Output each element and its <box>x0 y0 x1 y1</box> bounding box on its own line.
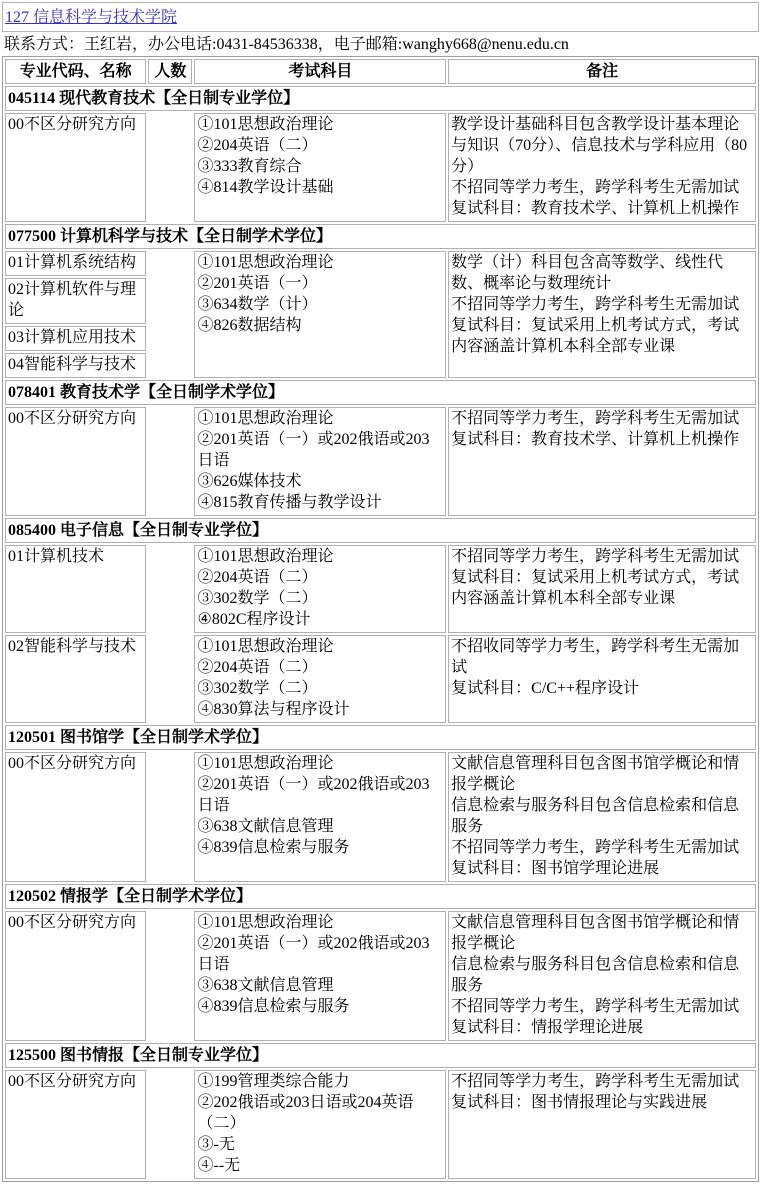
subject-line: ④830算法与程序设计 <box>197 699 443 720</box>
section-title: 078401 教育技术学【全日制学术学位】 <box>5 380 756 405</box>
remarks-cell: 不招同等学力考生，跨学科考生无需加试 复试科目：教育技术学、计算机上机操作 <box>448 407 756 516</box>
section-title: 045114 现代教育技术【全日制专业学位】 <box>5 86 756 111</box>
section-title: 077500 计算机科学与技术【全日制学术学位】 <box>5 224 756 249</box>
table-row: 00不区分研究方向 ①101思想政治理论 ②201英语（一）或202俄语或203… <box>5 911 756 1041</box>
subject-line: ④826数据结构 <box>197 315 443 336</box>
count-cell <box>148 407 192 516</box>
college-header-row: 127 信息科学与技术学院 <box>2 2 759 32</box>
contact-line: 联系方式：王红岩，办公电话:0431-84536338，电子邮箱:wanghy6… <box>2 32 759 56</box>
count-cell <box>148 278 192 324</box>
remarks-cell: 文献信息管理科目包含图书馆学概论和情报学概论 信息检索与服务科目包含信息检索和信… <box>448 752 756 882</box>
direction-cell: 00不区分研究方向 <box>5 1070 146 1179</box>
subject-line: ②204英语（二） <box>197 135 443 156</box>
remark-line: 信息检索与服务科目包含信息检索和信息服务 <box>451 795 753 837</box>
remark-line: 数学（计）科目包含高等数学、线性代数、概率论与数理统计 <box>451 252 753 294</box>
direction-cell: 00不区分研究方向 <box>5 113 146 222</box>
count-cell <box>148 752 192 882</box>
count-cell <box>148 911 192 1041</box>
remarks-cell: 文献信息管理科目包含图书馆学概论和情报学概论 信息检索与服务科目包含信息检索和信… <box>448 911 756 1041</box>
count-cell <box>148 353 192 378</box>
remarks-cell: 不招同等学力考生，跨学科考生无需加试 复试科目：复试采用上机考试方式，考试内容涵… <box>448 545 756 633</box>
subject-line: ①101思想政治理论 <box>197 753 443 774</box>
subject-line: ③634数学（计） <box>197 294 443 315</box>
program-table: 专业代码、名称 人数 考试科目 备注 045114 现代教育技术【全日制专业学位… <box>2 56 759 1182</box>
direction-cell: 00不区分研究方向 <box>5 911 146 1041</box>
table-row: 00不区分研究方向 ①101思想政治理论 ②204英语（二） ③333教育综合 … <box>5 113 756 222</box>
count-cell <box>148 113 192 222</box>
remark-line: 文献信息管理科目包含图书馆学概论和情报学概论 <box>451 753 753 795</box>
subject-line: ③638文献信息管理 <box>197 975 443 996</box>
column-header-exam-subjects: 考试科目 <box>194 59 446 84</box>
table-row: 00不区分研究方向 ①101思想政治理论 ②201英语（一）或202俄语或203… <box>5 407 756 516</box>
subject-line: ④839信息检索与服务 <box>197 996 443 1017</box>
section-title-row: 077500 计算机科学与技术【全日制学术学位】 <box>5 224 756 249</box>
remark-line: 复试科目：图书情报理论与实践进展 <box>451 1092 753 1113</box>
subject-line: ③302数学（二） <box>197 588 443 609</box>
college-link[interactable]: 127 信息科学与技术学院 <box>5 9 177 26</box>
subject-line: ③333教育综合 <box>197 156 443 177</box>
remark-line: 不招同等学力考生，跨学科考生无需加试 <box>451 996 753 1017</box>
table-row: 02智能科学与技术 ①101思想政治理论 ②204英语（二） ③302数学（二）… <box>5 635 756 723</box>
table-header-row: 专业代码、名称 人数 考试科目 备注 <box>5 59 756 84</box>
subject-line: ④839信息检索与服务 <box>197 837 443 858</box>
subjects-cell: ①101思想政治理论 ②201英语（一）或202俄语或203日语 ③626媒体技… <box>194 407 446 516</box>
direction-cell: 02智能科学与技术 <box>5 635 146 723</box>
column-header-count: 人数 <box>148 59 192 84</box>
section-title: 085400 电子信息【全日制专业学位】 <box>5 518 756 543</box>
section-title-row: 085400 电子信息【全日制专业学位】 <box>5 518 756 543</box>
subject-line: ③638文献信息管理 <box>197 816 443 837</box>
subject-line: ①101思想政治理论 <box>197 114 443 135</box>
section-title: 120502 情报学【全日制学术学位】 <box>5 884 756 909</box>
count-cell <box>148 1070 192 1179</box>
subject-line: ③626媒体技术 <box>197 471 443 492</box>
remark-line: 复试科目：情报学理论进展 <box>451 1017 753 1038</box>
section-title: 120501 图书馆学【全日制学术学位】 <box>5 725 756 750</box>
remark-line: 不招同等学力考生，跨学科考生无需加试 <box>451 546 753 567</box>
subject-line: ④815教育传播与教学设计 <box>197 492 443 513</box>
section-title-row: 078401 教育技术学【全日制学术学位】 <box>5 380 756 405</box>
section-title-row: 120501 图书馆学【全日制学术学位】 <box>5 725 756 750</box>
subject-line: ①101思想政治理论 <box>197 252 443 273</box>
remark-line: 复试科目：C/C++程序设计 <box>451 678 753 699</box>
remarks-cell: 不招同等学力考生，跨学科考生无需加试 复试科目：图书情报理论与实践进展 <box>448 1070 756 1179</box>
subjects-cell: ①101思想政治理论 ②201英语（一）或202俄语或203日语 ③638文献信… <box>194 911 446 1041</box>
subjects-cell: ①101思想政治理论 ②201英语（一）或202俄语或203日语 ③638文献信… <box>194 752 446 882</box>
count-cell <box>148 251 192 276</box>
subject-line: ②201英语（一） <box>197 273 443 294</box>
section-title-row: 120502 情报学【全日制学术学位】 <box>5 884 756 909</box>
subjects-cell: ①199管理类综合能力 ②202俄语或203日语或204英语（二） ③-无 ④-… <box>194 1070 446 1179</box>
remarks-cell: 不招收同等学力考生，跨学科考生无需加试 复试科目：C/C++程序设计 <box>448 635 756 723</box>
section-title-row: 045114 现代教育技术【全日制专业学位】 <box>5 86 756 111</box>
count-cell <box>148 545 192 633</box>
remark-line: 不招同等学力考生，跨学科考生无需加试 <box>451 408 753 429</box>
count-cell <box>148 326 192 351</box>
remark-line: 不招同等学力考生，跨学科考生无需加试 <box>451 837 753 858</box>
remark-line: 信息检索与服务科目包含信息检索和信息服务 <box>451 954 753 996</box>
direction-cell: 00不区分研究方向 <box>5 407 146 516</box>
subject-line: ②202俄语或203日语或204英语（二） <box>197 1092 443 1134</box>
table-row: 01计算机技术 ①101思想政治理论 ②204英语（二） ③302数学（二） ④… <box>5 545 756 633</box>
subject-line: ②201英语（一）或202俄语或203日语 <box>197 774 443 816</box>
remark-line: 不招同等学力考生，跨学科考生无需加试 <box>451 1071 753 1092</box>
direction-cell: 00不区分研究方向 <box>5 752 146 882</box>
count-cell <box>148 635 192 723</box>
subject-line: ④--无 <box>197 1155 443 1176</box>
remark-line: 文献信息管理科目包含图书馆学概论和情报学概论 <box>451 912 753 954</box>
subject-line: ②204英语（二） <box>197 657 443 678</box>
subject-line: ①101思想政治理论 <box>197 912 443 933</box>
table-row: 00不区分研究方向 ①101思想政治理论 ②201英语（一）或202俄语或203… <box>5 752 756 882</box>
subject-line: ④802C程序设计 <box>197 609 443 630</box>
subject-line: ③302数学（二） <box>197 678 443 699</box>
subject-line: ④814教学设计基础 <box>197 177 443 198</box>
subjects-cell: ①101思想政治理论 ②204英语（二） ③302数学（二） ④802C程序设计 <box>194 545 446 633</box>
subjects-cell: ①101思想政治理论 ②204英语（二） ③302数学（二） ④830算法与程序… <box>194 635 446 723</box>
subject-line: ②201英语（一）或202俄语或203日语 <box>197 933 443 975</box>
direction-cell: 02计算机软件与理论 <box>5 278 146 324</box>
column-header-major-code: 专业代码、名称 <box>5 59 146 84</box>
remark-line: 复试科目：教育技术学、计算机上机操作 <box>451 429 753 450</box>
subjects-cell: ①101思想政治理论 ②204英语（二） ③333教育综合 ④814教学设计基础 <box>194 113 446 222</box>
page: 127 信息科学与技术学院 联系方式：王红岩，办公电话:0431-8453633… <box>0 0 761 1184</box>
direction-cell: 03计算机应用技术 <box>5 326 146 351</box>
remarks-cell: 教学设计基础科目包含教学设计基本理论与知识（70分）、信息技术与学科应用（80分… <box>448 113 756 222</box>
column-header-remarks: 备注 <box>448 59 756 84</box>
remark-line: 复试科目：教育技术学、计算机上机操作 <box>451 198 753 219</box>
remark-line: 不招收同等学力考生，跨学科考生无需加试 <box>451 636 753 678</box>
remark-line: 不招同等学力考生，跨学科考生无需加试 <box>451 294 753 315</box>
subject-line: ①199管理类综合能力 <box>197 1071 443 1092</box>
subject-line: ①101思想政治理论 <box>197 408 443 429</box>
remark-line: 复试科目：复试采用上机考试方式，考试内容涵盖计算机本科全部专业课 <box>451 567 753 609</box>
remark-line: 教学设计基础科目包含教学设计基本理论与知识（70分）、信息技术与学科应用（80分… <box>451 114 753 177</box>
remark-line: 复试科目：复试采用上机考试方式，考试内容涵盖计算机本科全部专业课 <box>451 315 753 357</box>
subject-line: ②201英语（一）或202俄语或203日语 <box>197 429 443 471</box>
remarks-cell: 数学（计）科目包含高等数学、线性代数、概率论与数理统计 不招同等学力考生，跨学科… <box>448 251 756 378</box>
table-row: 01计算机系统结构 ①101思想政治理论 ②201英语（一） ③634数学（计）… <box>5 251 756 276</box>
section-title: 125500 图书情报【全日制专业学位】 <box>5 1043 756 1068</box>
table-row: 00不区分研究方向 ①199管理类综合能力 ②202俄语或203日语或204英语… <box>5 1070 756 1179</box>
section-title-row: 125500 图书情报【全日制专业学位】 <box>5 1043 756 1068</box>
subject-line: ①101思想政治理论 <box>197 546 443 567</box>
direction-cell: 01计算机系统结构 <box>5 251 146 276</box>
subject-line: ②204英语（二） <box>197 567 443 588</box>
direction-cell: 04智能科学与技术 <box>5 353 146 378</box>
direction-cell: 01计算机技术 <box>5 545 146 633</box>
subjects-cell: ①101思想政治理论 ②201英语（一） ③634数学（计） ④826数据结构 <box>194 251 446 378</box>
remark-line: 复试科目：图书馆学理论进展 <box>451 858 753 879</box>
subject-line: ①101思想政治理论 <box>197 636 443 657</box>
subject-line: ③-无 <box>197 1134 443 1155</box>
remark-line: 不招同等学力考生，跨学科考生无需加试 <box>451 177 753 198</box>
